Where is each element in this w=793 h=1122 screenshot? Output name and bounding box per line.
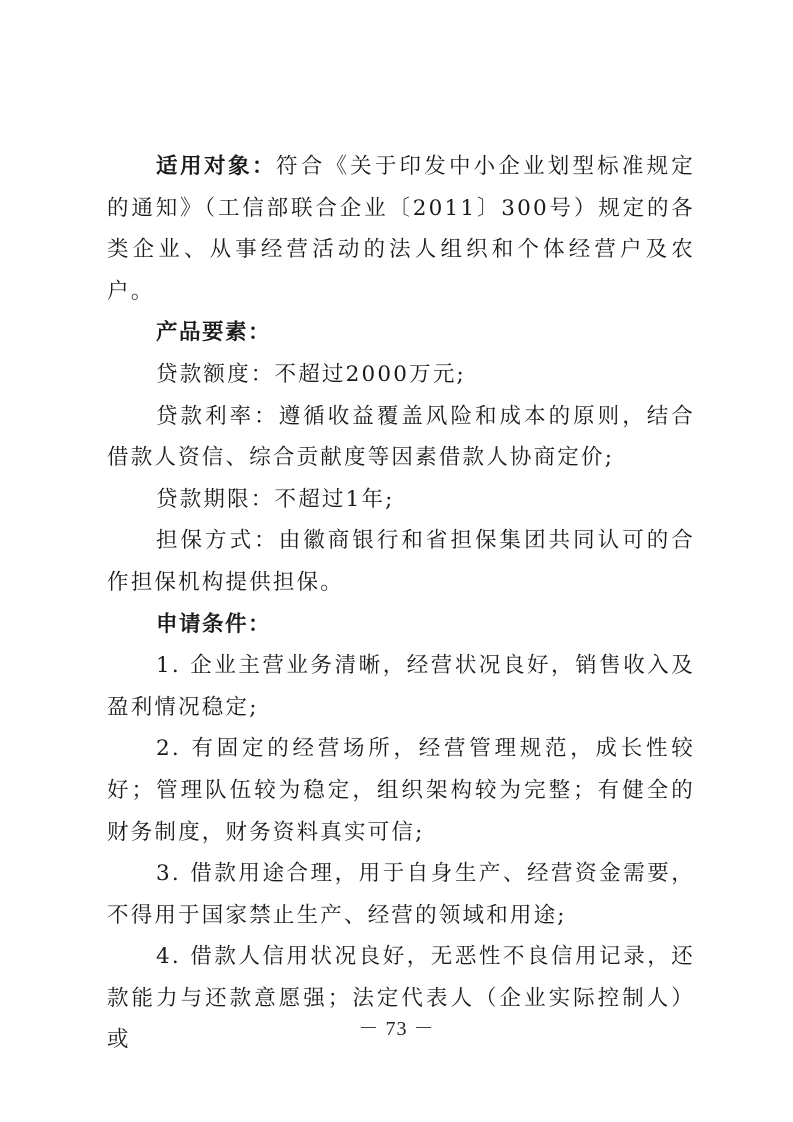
paragraph-text: 担保方式：由徽商银行和省担保集团共同认可的合作担保机构提供担保。 [107,528,695,595]
heading-application-conditions: 申请条件： [107,604,695,646]
section-label-application-conditions: 申请条件： [156,612,271,637]
paragraph-text: 3. 借款用途合理，用于自身生产、经营资金需要，不得用于国家禁止生产、经营的领域… [107,861,695,928]
paragraph-text: 1. 企业主营业务清晰，经营状况良好，销售收入及盈利情况稳定; [107,653,695,720]
section-label-applicable-objects: 适用对象： [156,154,276,179]
condition-item-2: 2. 有固定的经营场所，经营管理规范，成长性较好；管理队伍较为稳定，组织架构较为… [107,728,695,853]
document-body: 适用对象：符合《关于印发中小企业划型标准规定的通知》（工信部联合企业〔2011〕… [107,146,695,1061]
paragraph-applicable-objects: 适用对象：符合《关于印发中小企业划型标准规定的通知》（工信部联合企业〔2011〕… [107,146,695,312]
paragraph-loan-term: 贷款期限：不超过1年; [107,479,695,521]
section-label-product-elements: 产品要素： [156,320,271,345]
paragraph-loan-rate: 贷款利率：遵循收益覆盖风险和成本的原则，结合借款人资信、综合贡献度等因素借款人协… [107,396,695,479]
condition-item-1: 1. 企业主营业务清晰，经营状况良好，销售收入及盈利情况稳定; [107,645,695,728]
condition-item-3: 3. 借款用途合理，用于自身生产、经营资金需要，不得用于国家禁止生产、经营的领域… [107,853,695,936]
paragraph-text: 贷款额度：不超过2000万元; [156,362,466,387]
page-number: － 73 － [0,1012,793,1041]
heading-product-elements: 产品要素： [107,312,695,354]
paragraph-guarantee-method: 担保方式：由徽商银行和省担保集团共同认可的合作担保机构提供担保。 [107,520,695,603]
paragraph-text: 贷款期限：不超过1年; [156,487,395,512]
paragraph-loan-amount: 贷款额度：不超过2000万元; [107,354,695,396]
paragraph-text: 贷款利率：遵循收益覆盖风险和成本的原则，结合借款人资信、综合贡献度等因素借款人协… [107,404,695,471]
condition-item-4: 4. 借款人信用状况良好，无恶性不良信用记录，还款能力与还款意愿强；法定代表人（… [107,936,695,1061]
paragraph-text: 2. 有固定的经营场所，经营管理规范，成长性较好；管理队伍较为稳定，组织架构较为… [107,736,695,844]
